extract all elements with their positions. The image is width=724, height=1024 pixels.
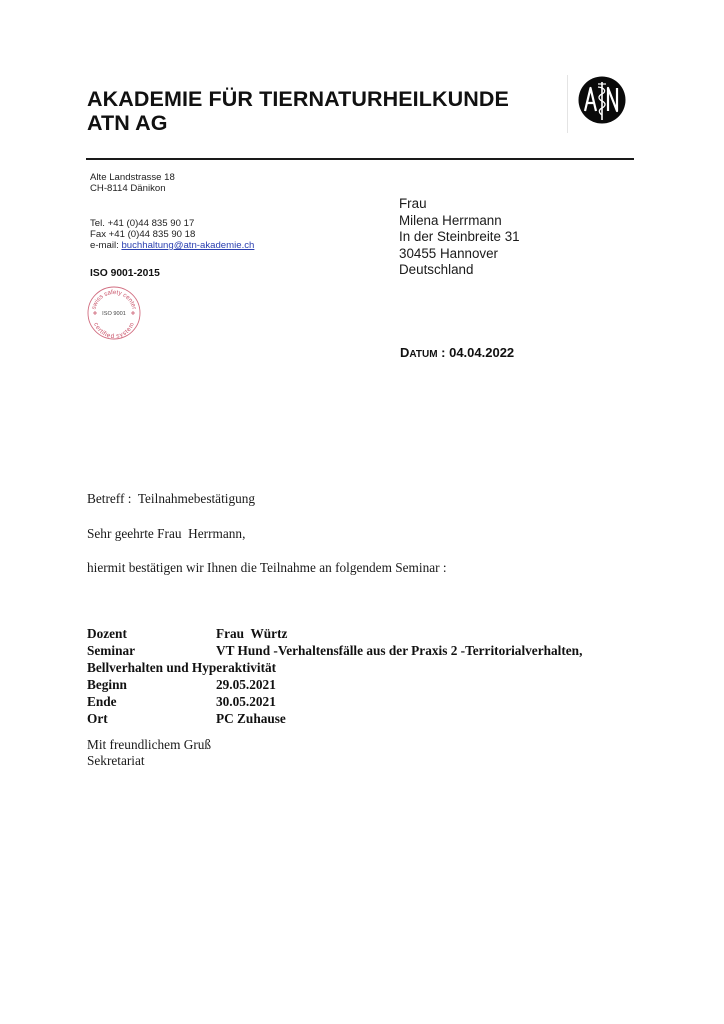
svg-text:certified system: certified system — [92, 322, 136, 341]
detail-value: 30.05.2021 — [216, 693, 276, 710]
detail-value: PC Zuhause — [216, 710, 286, 727]
sender-email-link[interactable]: buchhaltung@atn-akademie.ch — [121, 240, 254, 251]
organization-title: AKADEMIE FÜR TIERNATURHEILKUNDE ATN AG — [87, 87, 509, 135]
date-label-rest: ATUM — [409, 349, 437, 360]
detail-label: Seminar — [87, 642, 216, 659]
svg-text:swiss safety center: swiss safety center — [90, 289, 137, 310]
sender-email-label: e-mail: — [90, 240, 121, 251]
date-value: 04.04.2022 — [449, 345, 514, 360]
letter-greeting: Sehr geehrte Frau Herrmann, — [87, 526, 245, 542]
header-divider — [567, 75, 568, 133]
detail-value: VT Hund -Verhaltensfälle aus der Praxis … — [216, 642, 582, 659]
sender-city: CH-8114 Dänikon — [90, 183, 254, 194]
atn-logo-icon — [577, 75, 627, 125]
sender-address: Alte Landstrasse 18 CH-8114 Dänikon Tel.… — [90, 172, 254, 251]
detail-label: Dozent — [87, 625, 216, 642]
detail-row-seminar: Seminar VT Hund -Verhaltensfälle aus der… — [87, 642, 582, 659]
iso-certification: ISO 9001-2015 — [90, 268, 160, 279]
sender-phone: Tel. +41 (0)44 835 90 17 — [90, 218, 254, 229]
detail-value: 29.05.2021 — [216, 676, 276, 693]
recipient-city: 30455 Hannover — [399, 246, 520, 263]
detail-label: Ende — [87, 693, 216, 710]
sender-fax: Fax +41 (0)44 835 90 18 — [90, 229, 254, 240]
recipient-address: Frau Milena Herrmann In der Steinbreite … — [399, 196, 520, 279]
closing-signature: Sekretariat — [87, 753, 211, 769]
stamp-top-text: swiss safety center — [90, 289, 137, 310]
recipient-salutation: Frau — [399, 196, 520, 213]
detail-seminar-continuation: Bellverhalten und Hyperaktivität — [87, 659, 582, 676]
recipient-country: Deutschland — [399, 262, 520, 279]
organization-title-line1: AKADEMIE FÜR TIERNATURHEILKUNDE — [87, 87, 509, 111]
detail-row-beginn: Beginn 29.05.2021 — [87, 676, 582, 693]
date-separator: : — [438, 345, 450, 360]
header-rule — [86, 158, 634, 160]
detail-row-ende: Ende 30.05.2021 — [87, 693, 582, 710]
iso-certification-stamp-icon: swiss safety center certified system ISO… — [86, 285, 142, 341]
letter-date: DATUM : 04.04.2022 — [400, 345, 514, 360]
letter-closing: Mit freundlichem Gruß Sekretariat — [87, 737, 211, 769]
organization-title-line2: ATN AG — [87, 111, 509, 135]
sender-email-row: e-mail: buchhaltung@atn-akademie.ch — [90, 240, 254, 251]
stamp-bottom-text: certified system — [92, 322, 136, 341]
detail-value: Frau Würtz — [216, 625, 287, 642]
closing-regards: Mit freundlichem Gruß — [87, 737, 211, 753]
detail-row-dozent: Dozent Frau Würtz — [87, 625, 582, 642]
date-label-initial: D — [400, 345, 409, 360]
letter-subject: Betreff : Teilnahmebestätigung — [87, 491, 255, 507]
letter-intro: hiermit bestätigen wir Ihnen die Teilnah… — [87, 560, 447, 576]
stamp-center-text: ISO 9001 — [102, 311, 126, 317]
detail-label: Ort — [87, 710, 216, 727]
recipient-name: Milena Herrmann — [399, 213, 520, 230]
recipient-street: In der Steinbreite 31 — [399, 229, 520, 246]
sender-street: Alte Landstrasse 18 — [90, 172, 254, 183]
seminar-details: Dozent Frau Würtz Seminar VT Hund -Verha… — [87, 625, 582, 727]
detail-row-ort: Ort PC Zuhause — [87, 710, 582, 727]
detail-label: Beginn — [87, 676, 216, 693]
